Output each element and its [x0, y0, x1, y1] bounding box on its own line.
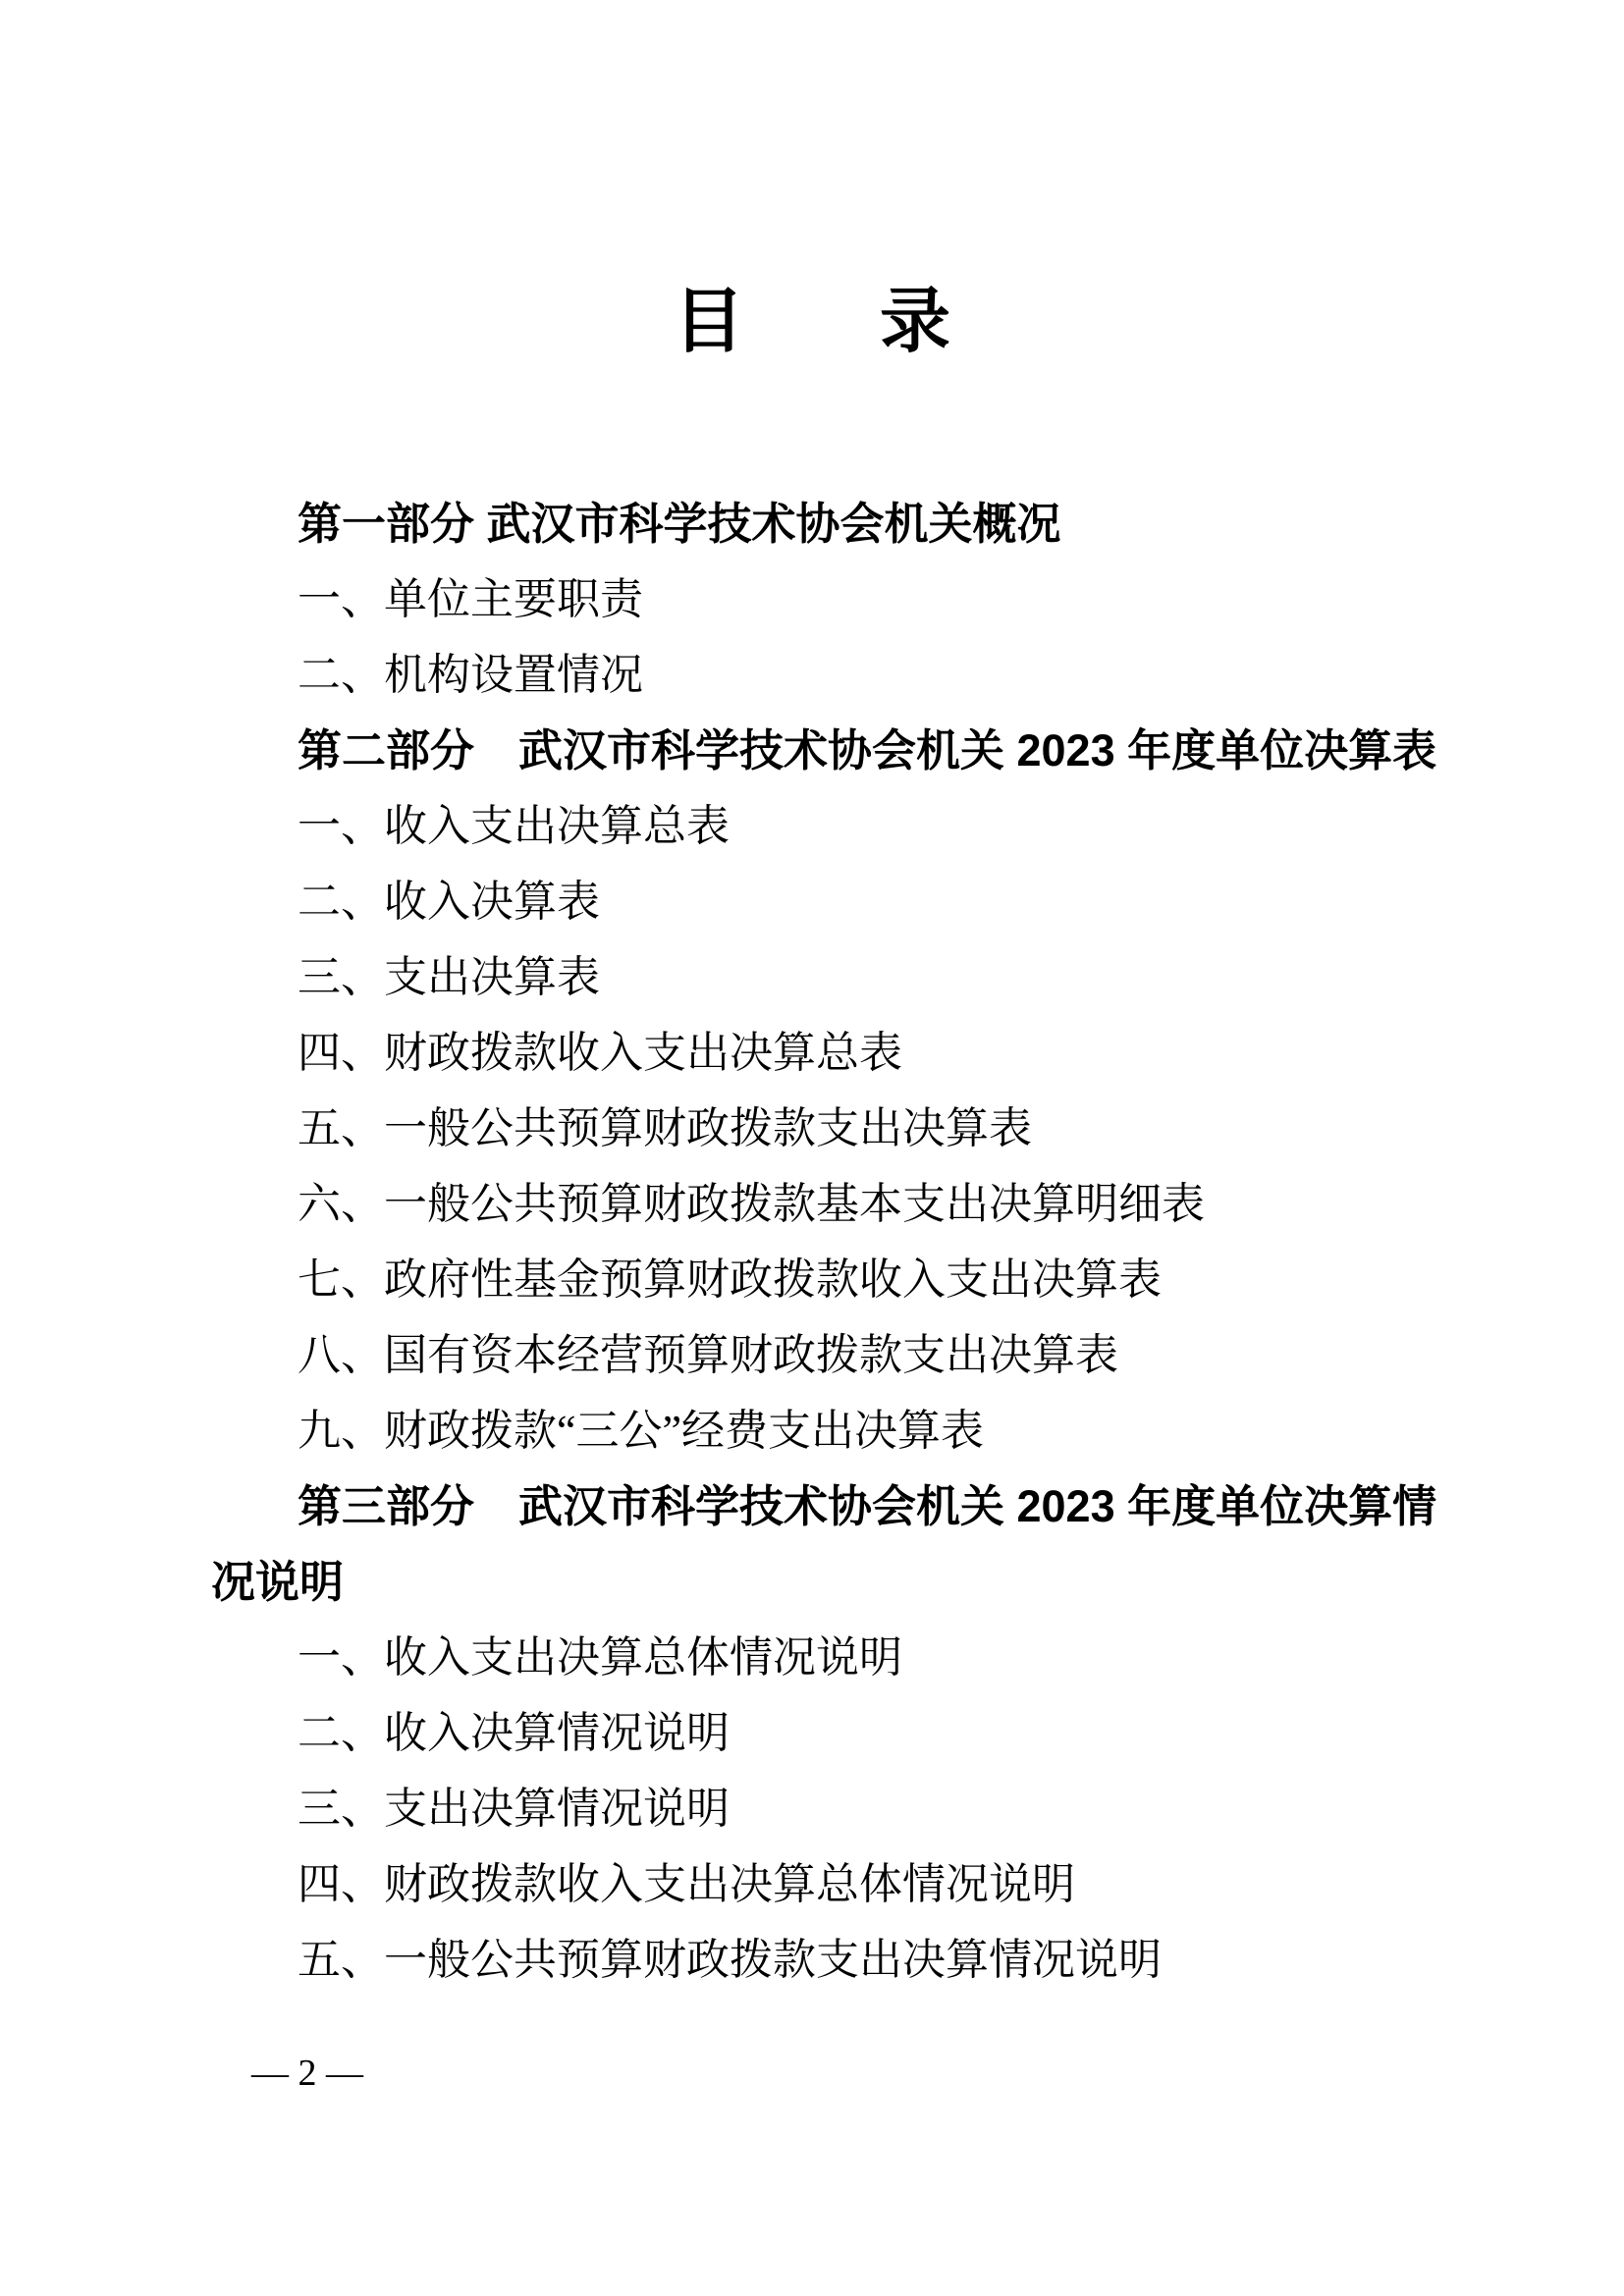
- toc-item: 九、财政拨款“三公”经费支出决算表: [211, 1393, 1438, 1468]
- page-number: — 2 —: [251, 2044, 363, 2103]
- table-of-contents: 第一部分 武汉市科学技术协会机关概况 一、单位主要职责 二、机构设置情况 第二部…: [211, 486, 1438, 1998]
- toc-item: 三、支出决算情况说明: [211, 1771, 1438, 1846]
- toc-part2-heading: 第二部分 武汉市科学技术协会机关 2023 年度单位决算表: [211, 713, 1438, 788]
- toc-item: 二、机构设置情况: [211, 637, 1438, 713]
- toc-item: 七、政府性基金预算财政拨款收入支出决算表: [211, 1242, 1438, 1317]
- toc-item: 一、收入支出决算总表: [211, 788, 1438, 864]
- document-page: 目录 第一部分 武汉市科学技术协会机关概况 一、单位主要职责 二、机构设置情况 …: [0, 0, 1624, 2296]
- toc-item: 三、支出决算表: [211, 939, 1438, 1015]
- toc-item: 一、单位主要职责: [211, 561, 1438, 637]
- toc-item: 一、收入支出决算总体情况说明: [211, 1620, 1438, 1695]
- toc-item: 二、收入决算情况说明: [211, 1695, 1438, 1771]
- page-title-char-left: 目: [674, 283, 744, 361]
- toc-item: 五、一般公共预算财政拨款支出决算情况说明: [211, 1922, 1438, 1998]
- page-title-char-right: 录: [880, 283, 950, 361]
- toc-item: 五、一般公共预算财政拨款支出决算表: [211, 1091, 1438, 1166]
- toc-part1-heading: 第一部分 武汉市科学技术协会机关概况: [211, 486, 1438, 561]
- toc-item: 四、财政拨款收入支出决算总表: [211, 1015, 1438, 1091]
- toc-item: 六、一般公共预算财政拨款基本支出决算明细表: [211, 1166, 1438, 1242]
- toc-item: 二、收入决算表: [211, 864, 1438, 939]
- toc-item: 八、国有资本经营预算财政拨款支出决算表: [211, 1317, 1438, 1393]
- page-title: 目录: [0, 278, 1624, 366]
- toc-part3-heading: 第三部分 武汉市科学技术协会机关 2023 年度单位决算情况说明: [211, 1468, 1438, 1620]
- toc-item: 四、财政拨款收入支出决算总体情况说明: [211, 1846, 1438, 1922]
